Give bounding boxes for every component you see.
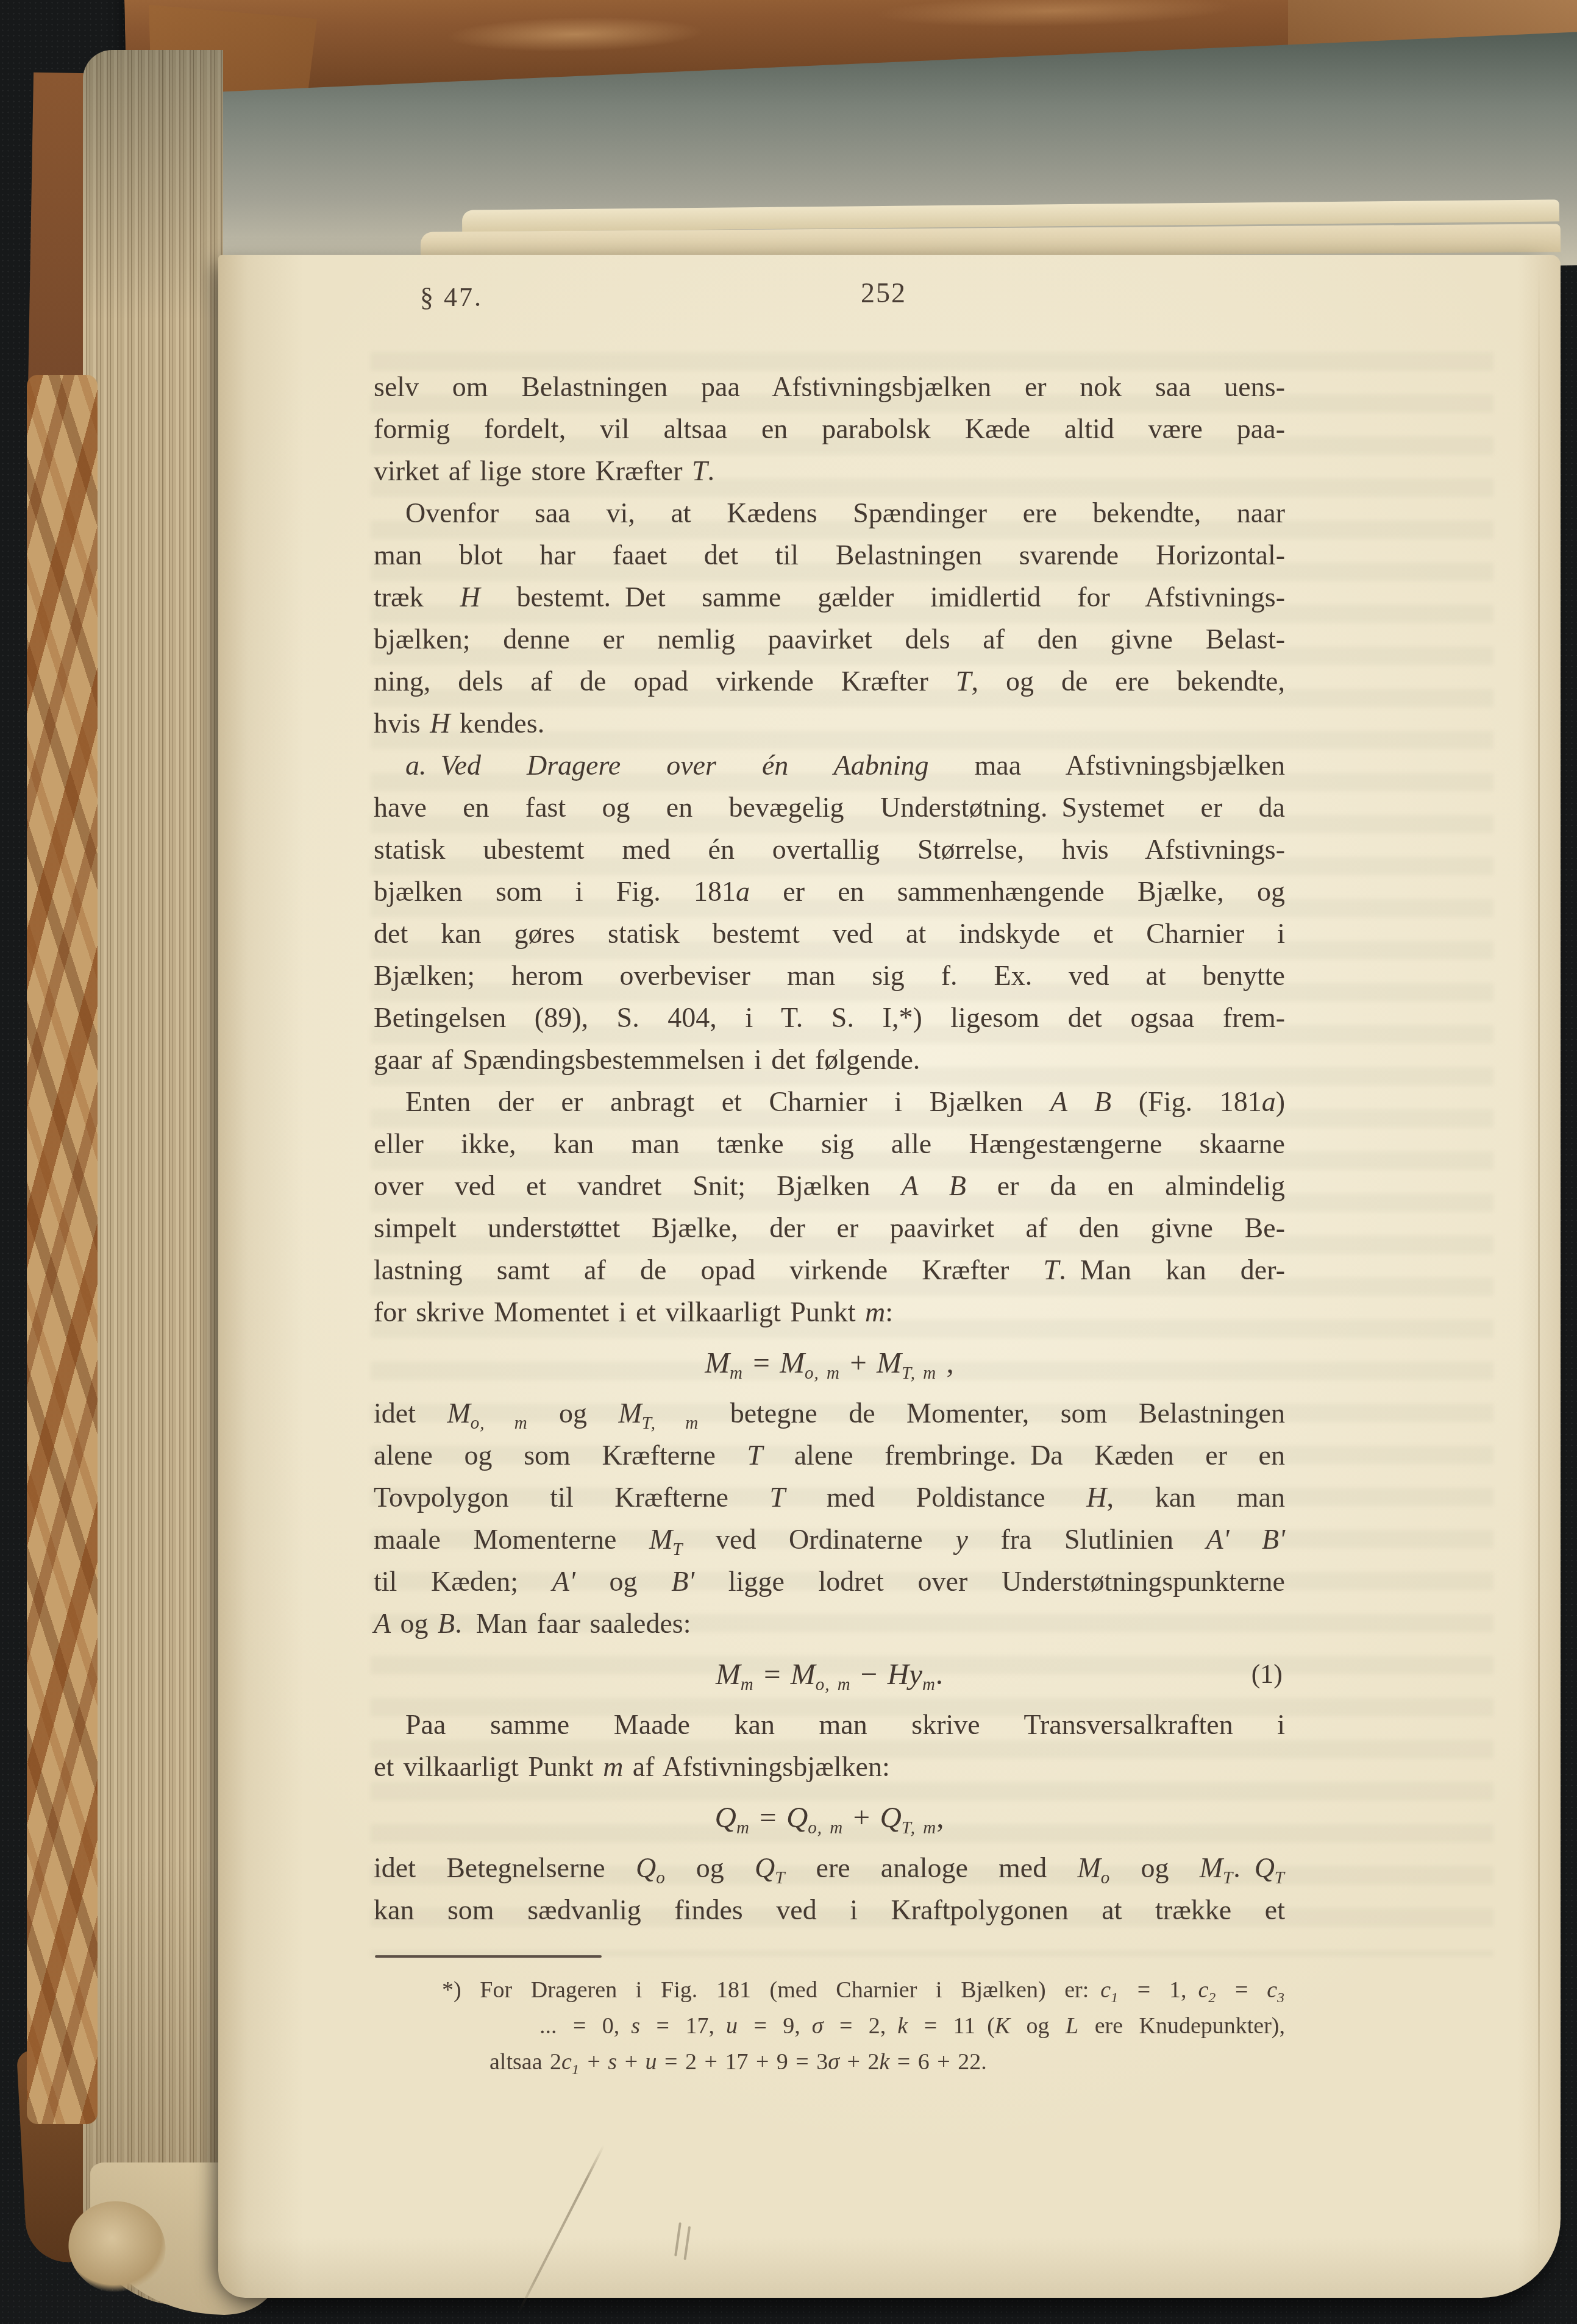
- text-line: selv om Belastningen paa Afstivningsbjæl…: [374, 366, 1285, 408]
- text-line: det kan gøres statisk bestemt ved at ind…: [374, 912, 1285, 954]
- text-line: virket af lige store Kræfter T.: [374, 450, 1285, 492]
- text-line: simpelt understøttet Bjælke, der er paav…: [374, 1207, 1285, 1249]
- text-line: bjælken; denne er nemlig paavirket dels …: [374, 618, 1285, 660]
- footnote-line: ... = 0, s = 17, u = 9, σ = 2, k = 11 (K…: [374, 2008, 1285, 2044]
- text-line: eller ikke, kan man tænke sig alle Hænge…: [374, 1123, 1285, 1165]
- text-line: lastning samt af de opad virkende Kræfte…: [374, 1249, 1285, 1291]
- paragraph: idet Mo, m og MT, m betegne de Momenter,…: [374, 1392, 1285, 1644]
- text-line: bjælken som i Fig. 181a er en sammenhæng…: [374, 870, 1285, 912]
- text-line: kan som sædvanlig findes ved i Kraftpoly…: [374, 1889, 1285, 1931]
- text-line: statisk ubestemt med én overtallig Størr…: [374, 828, 1285, 870]
- paragraph: Enten der er anbragt et Charnier i Bjælk…: [374, 1081, 1285, 1333]
- text-line: ning, dels af de opad virkende Kræfter T…: [374, 660, 1285, 702]
- text-line: Betingelsen (89), S. 404, i T. S. I,*) l…: [374, 997, 1285, 1039]
- formula-row: Mm = Mo, m + MT, m ,: [374, 1333, 1285, 1392]
- page-number: 252: [374, 277, 1285, 309]
- formula: Mm = Mo, m − Hym.: [716, 1657, 943, 1691]
- text-line: Ovenfor saa vi, at Kædens Spændinger ere…: [374, 492, 1285, 534]
- footnote-line: *) For Drageren i Fig. 181 (med Charnier…: [374, 1972, 1285, 2008]
- paragraph: a. Ved Dragere over én Aabning maa Afsti…: [374, 744, 1285, 1081]
- text-line: træk H bestemt. Det samme gælder imidler…: [374, 576, 1285, 618]
- page-stack-left-edges: [83, 50, 223, 2305]
- text-line: maale Momenterne MT ved Ordinaterne y fr…: [374, 1518, 1285, 1560]
- pencil-scratch-mark: [517, 2145, 605, 2314]
- footnote: *) For Drageren i Fig. 181 (med Charnier…: [374, 1955, 1285, 2080]
- text-line: til Kæden; A' og B' ligge lodret over Un…: [374, 1560, 1285, 1602]
- paragraph: Ovenfor saa vi, at Kædens Spændinger ere…: [374, 492, 1285, 744]
- text-line: Enten der er anbragt et Charnier i Bjælk…: [374, 1081, 1285, 1123]
- pencil-tick-mark: [674, 2222, 682, 2256]
- formula: Qm = Qo, m + QT, m,: [714, 1800, 944, 1834]
- equation-number: (1): [1251, 1644, 1283, 1704]
- text-line: A og B. Man faar saaledes:: [374, 1602, 1285, 1644]
- scanned-book-photo: { "colors":{"background":"#17191a","pape…: [0, 0, 1577, 2324]
- text-line: over ved et vandret Snit; Bjælken A B er…: [374, 1165, 1285, 1207]
- text-line: hvis H kendes.: [374, 702, 1285, 744]
- text-line: et vilkaarligt Punkt m af Afstivningsbjæ…: [374, 1746, 1285, 1788]
- text-line: Tovpolygon til Kræfterne T med Poldistan…: [374, 1476, 1285, 1518]
- text-line: alene og som Kræfterne T alene frembring…: [374, 1434, 1285, 1476]
- paragraph: selv om Belastningen paa Afstivningsbjæl…: [374, 366, 1285, 492]
- footnote-text: *) For Drageren i Fig. 181 (med Charnier…: [374, 1972, 1285, 2080]
- formula: Mm = Mo, m + MT, m ,: [705, 1346, 954, 1379]
- text-line: Paa samme Maade kan man skrive Transvers…: [374, 1704, 1285, 1746]
- body-text: selv om Belastningen paa Afstivningsbjæl…: [374, 366, 1285, 1931]
- page-header: § 47. 252: [374, 277, 1285, 319]
- paragraph: Paa samme Maade kan man skrive Transvers…: [374, 1704, 1285, 1788]
- marbled-cover-edge: [27, 375, 98, 2124]
- footnote-rule: [375, 1955, 602, 1958]
- text-line: formig fordelt, vil altsaa en parabolsk …: [374, 408, 1285, 450]
- text-line: Bjælken; herom overbeviser man sig f. Ex…: [374, 954, 1285, 997]
- formula-row: Mm = Mo, m − Hym.(1): [374, 1644, 1285, 1704]
- paragraph: idet Betegnelserne Qo og QT ere analoge …: [374, 1847, 1285, 1931]
- text-line: man blot har faaet det til Belastningen …: [374, 534, 1285, 576]
- book-page: § 47. 252 selv om Belastningen paa Afsti…: [218, 255, 1561, 2298]
- formula-row: Qm = Qo, m + QT, m,: [374, 1788, 1285, 1847]
- text-line: for skrive Momentet i et vilkaarligt Pun…: [374, 1291, 1285, 1333]
- text-line: a. Ved Dragere over én Aabning maa Afsti…: [374, 744, 1285, 786]
- text-line: idet Betegnelserne Qo og QT ere analoge …: [374, 1847, 1285, 1889]
- text-line: idet Mo, m og MT, m betegne de Momenter,…: [374, 1392, 1285, 1434]
- text-line: gaar af Spændingsbestemmelsen i det følg…: [374, 1039, 1285, 1081]
- footnote-line: altsaa 2c1 + s + u = 2 + 17 + 9 = 3σ + 2…: [374, 2044, 1285, 2080]
- text-line: have en fast og en bevægelig Understøtni…: [374, 786, 1285, 828]
